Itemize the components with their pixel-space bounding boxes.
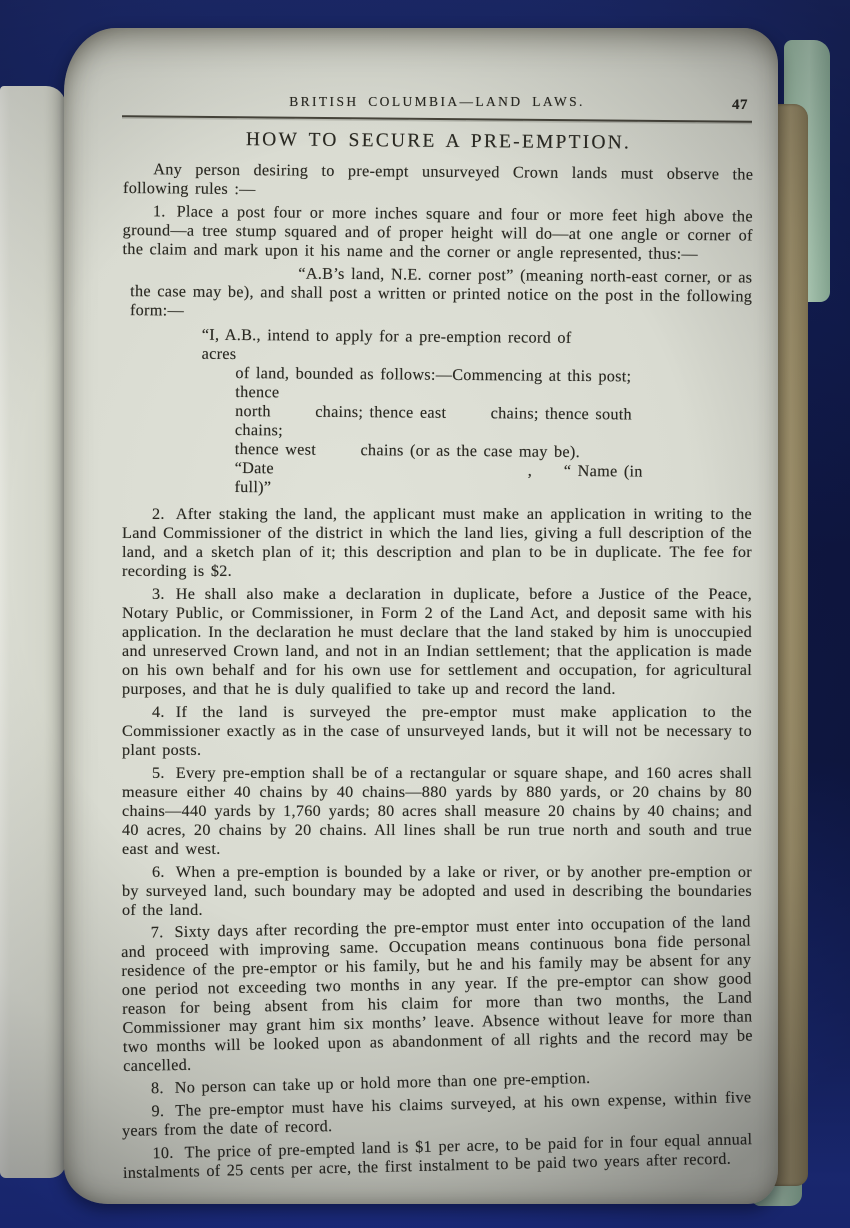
rule-1: 1.Place a post four or more inches squar… bbox=[122, 202, 752, 264]
rule-1-text: Place a post four or more inches square … bbox=[122, 202, 752, 263]
rule-3-number: 3. bbox=[152, 585, 176, 603]
rule-2-number: 2. bbox=[152, 505, 176, 523]
facing-page-edge bbox=[0, 86, 66, 1178]
rule-4-text: If the land is surveyed the pre-emptor m… bbox=[122, 703, 752, 759]
rule-1-number: 1. bbox=[153, 202, 177, 220]
form-line: of land, bounded as follows:—Commencing … bbox=[201, 364, 681, 406]
rule-4-number: 4. bbox=[152, 703, 176, 721]
rule-3-text: He shall also make a declaration in dupl… bbox=[122, 585, 752, 698]
rule-8-number: 8. bbox=[151, 1079, 175, 1098]
lower-text-block: 8.No person can take up or hold more tha… bbox=[121, 1065, 753, 1183]
rule-6-number: 6. bbox=[152, 863, 176, 881]
upper-text-block: HOW TO SECURE A PRE-EMPTION. Any person … bbox=[120, 129, 753, 501]
rule-9-number: 9. bbox=[151, 1102, 175, 1121]
rule-5: 5.Every pre-emption shall be of a rectan… bbox=[122, 764, 752, 859]
book-page: BRITISH COLUMBIA—LAND LAWS. 47 HOW TO SE… bbox=[64, 28, 778, 1204]
form-line: “Date , “ Name (in full)” bbox=[200, 459, 680, 501]
running-header-row: BRITISH COLUMBIA—LAND LAWS. 47 bbox=[122, 92, 752, 114]
intro-paragraph: Any person desiring to pre-empt unsurvey… bbox=[123, 160, 753, 203]
corner-post-notice: “A.B’s land, N.E. corner post” (meaning … bbox=[130, 263, 752, 325]
middle-text-block: 2.After staking the land, the applicant … bbox=[122, 505, 752, 920]
rule-6: 6.When a pre-emption is bounded by a lak… bbox=[122, 863, 752, 920]
rule-2-text: After staking the land, the applicant mu… bbox=[122, 505, 752, 580]
form-line: north chains; thence east chains; thence… bbox=[201, 402, 681, 444]
rule-4: 4.If the land is surveyed the pre-emptor… bbox=[122, 703, 752, 760]
rule-7-block: 7.Sixty days after recording the pre-emp… bbox=[121, 912, 754, 1076]
rule-7-text: Sixty days after recording the pre-empto… bbox=[121, 912, 753, 1075]
running-header: BRITISH COLUMBIA—LAND LAWS. bbox=[289, 94, 585, 109]
rule-3: 3.He shall also make a declaration in du… bbox=[122, 585, 752, 699]
rule-2: 2.After staking the land, the applicant … bbox=[122, 505, 752, 581]
page-number: 47 bbox=[732, 96, 748, 115]
page-content: BRITISH COLUMBIA—LAND LAWS. 47 HOW TO SE… bbox=[122, 92, 752, 1187]
rule-5-text: Every pre-emption shall be of a rectangu… bbox=[122, 764, 752, 858]
pre-emption-form-notice: “I, A.B., intend to apply for a pre-empt… bbox=[200, 326, 681, 501]
header-rule-line bbox=[122, 115, 752, 122]
rule-6-text: When a pre-emption is bounded by a lake … bbox=[122, 863, 752, 919]
section-title: HOW TO SECURE A PRE-EMPTION. bbox=[123, 129, 753, 153]
rule-10-number: 10. bbox=[152, 1144, 185, 1163]
rule-7-number: 7. bbox=[151, 923, 175, 941]
rule-5-number: 5. bbox=[152, 764, 176, 782]
form-line: “I, A.B., intend to apply for a pre-empt… bbox=[202, 326, 682, 368]
book-photo-scene: BRITISH COLUMBIA—LAND LAWS. 47 HOW TO SE… bbox=[0, 0, 850, 1228]
rule-7: 7.Sixty days after recording the pre-emp… bbox=[121, 912, 754, 1076]
